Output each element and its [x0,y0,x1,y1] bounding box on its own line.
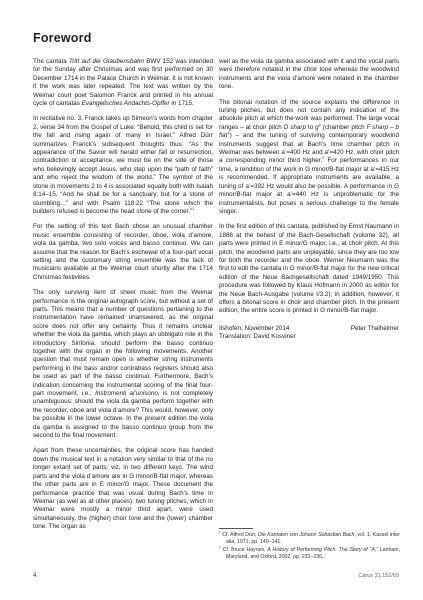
footnotes-block: 1 Cf. Alfred Dürr, Die Kantaten von Joha… [219,528,400,562]
footnote-1: 1 Cf. Alfred Dürr, Die Kantaten von Joha… [219,532,400,546]
paragraph-pitch: The bitonal notation of the source expla… [219,99,399,217]
page-content: Foreword The cantata Tritt auf die Glaub… [33,31,399,539]
two-column-text: The cantata Tritt auf die Glaubensbahn B… [33,58,399,539]
paragraph-ensemble: For the setting of this text Bach chose … [33,223,213,282]
paragraph-cantata-intro: The cantata Tritt auf die Glaubensbahn B… [33,58,213,108]
page-footer: 4 Carus 31.152/03 [33,572,399,579]
signature-row: Ilshofen, November 2014 Peter Thalheimer [219,325,399,333]
paragraph-choir-tone: well as the viola da gamba associated wi… [219,58,399,92]
document-page: Foreword The cantata Tritt auf die Glaub… [0,0,423,600]
signature-author: Peter Thalheimer [351,325,399,333]
signature-block: Ilshofen, November 2014 Peter Thalheimer… [219,325,399,342]
paragraph-sources: The only surviving item of sheet music f… [33,289,213,440]
paragraph-recitative: In recitative no. 3, Franck takes up Sim… [33,115,213,216]
paragraph-editions: In the first edition of this cantata, pu… [219,223,399,315]
footnote-separator-rule [219,528,253,529]
signature-translation: Translation: David Kosviner [219,333,399,341]
page-title: Foreword [33,31,399,45]
signature-place-date: Ilshofen, November 2014 [219,325,289,333]
left-column: The cantata Tritt auf die Glaubensbahn B… [33,58,213,539]
footnote-2: 2 Cf. Bruce Haynes, A History of Perform… [219,547,400,561]
paragraph-notation: Apart from these uncertainties, the orig… [33,447,213,531]
page-number: 4 [33,572,37,579]
publisher-imprint: Carus 31.152/03 [358,573,399,579]
right-column: well as the viola da gamba associated wi… [219,58,399,539]
